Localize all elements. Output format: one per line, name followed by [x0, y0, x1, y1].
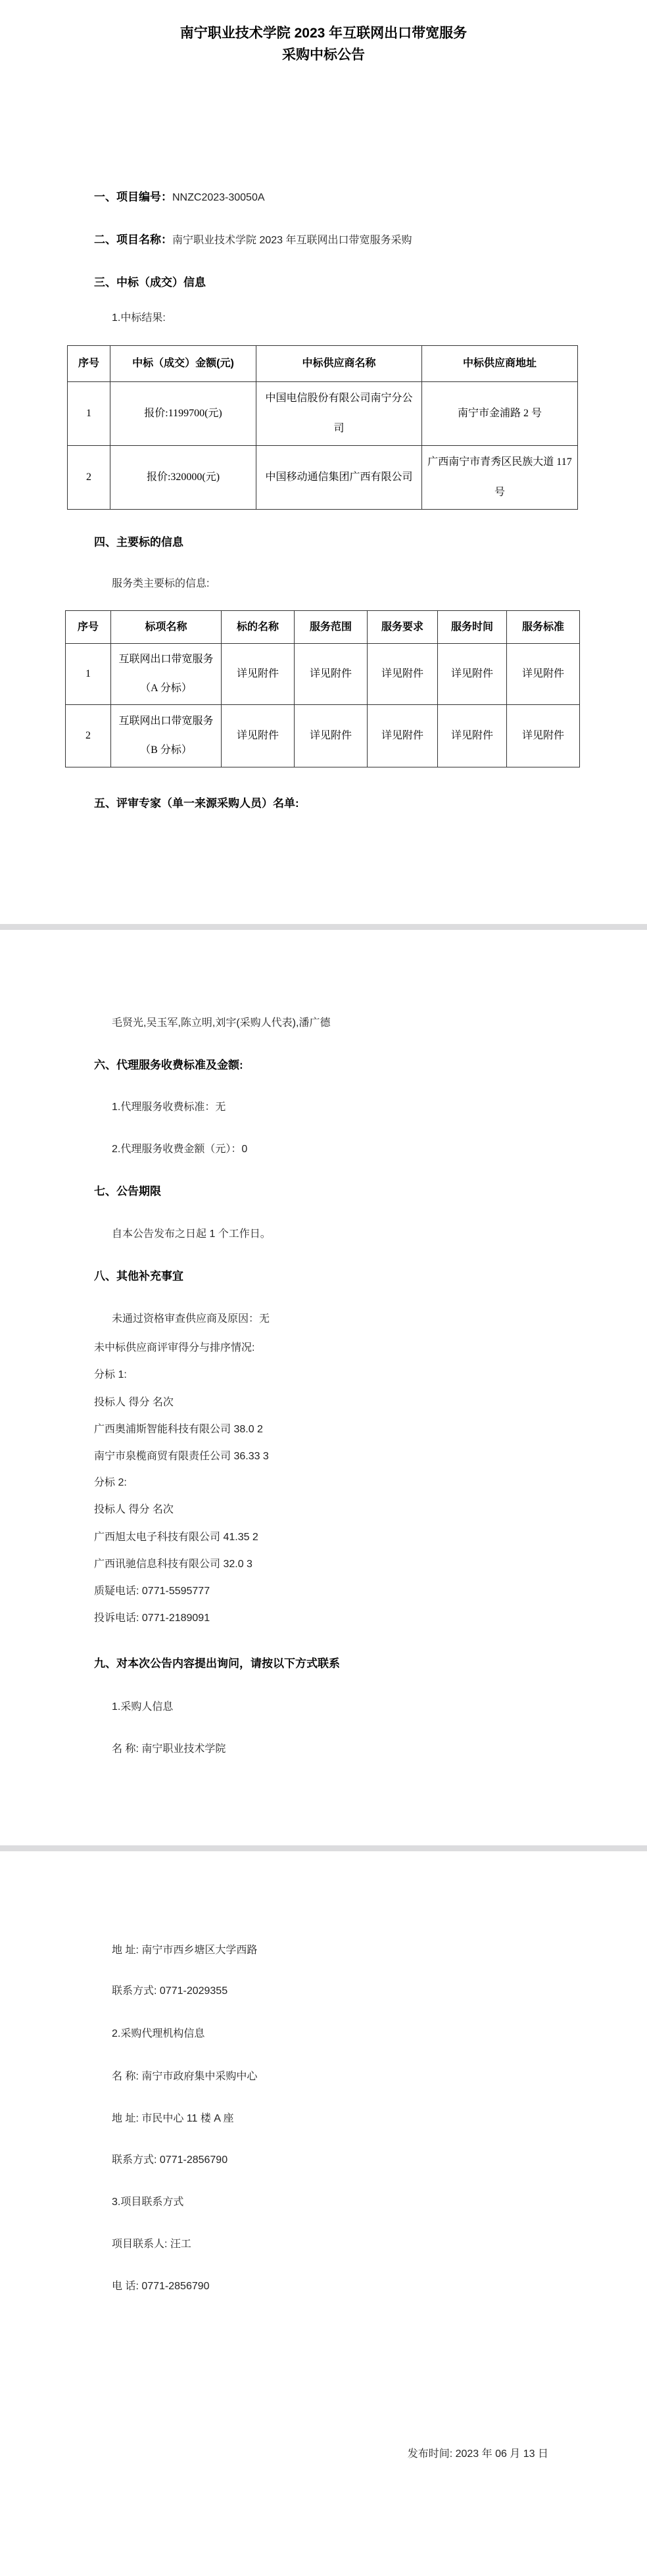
lot2-label: 分标 2: [94, 1476, 127, 1490]
complaint-phone-line: 投诉电话: 0771-2189091 [94, 1611, 210, 1626]
project-number-value: NNZC2023-30050A [172, 192, 265, 203]
section-other-matters: 八、其他补充事宜 [94, 1269, 183, 1284]
lot1-score-header: 投标人 得分 名次 [94, 1396, 174, 1410]
section-project-name: 二、项目名称：南宁职业技术学院 2023 年互联网出口带宽服务采购 [94, 233, 412, 248]
section-project-name-label: 二、项目名称： [94, 233, 172, 246]
unqualified-suppliers-line: 未通过资格审查供应商及原因：无 [112, 1312, 270, 1326]
subject-row2-lot-name: 互联网出口带宽服务（B 分标） [111, 705, 222, 767]
page-separator [0, 1845, 647, 1851]
bid-results-header-amount: 中标（成交）金额(元) [110, 346, 256, 382]
purchaser-name-line: 名 称: 南宁职业技术学院 [112, 1742, 226, 1757]
subject-row1-requirement: 详见附件 [368, 644, 438, 705]
agency-info-intro: 2.采购代理机构信息 [112, 2027, 204, 2041]
bid-row2-seq: 2 [68, 446, 110, 510]
subject-header-seq: 序号 [66, 611, 111, 644]
page-title-line2: 采购中标公告 [0, 44, 647, 66]
purchaser-info-intro: 1.采购人信息 [112, 1700, 173, 1714]
agency-name-line: 名 称: 南宁市政府集中采购中心 [112, 2070, 257, 2084]
page-title-line1: 南宁职业技术学院 2023 年互联网出口带宽服务 [0, 22, 647, 44]
section-project-number: 一、项目编号：NNZC2023-30050A [94, 190, 265, 205]
table-row: 2 互联网出口带宽服务（B 分标） 详见附件 详见附件 详见附件 详见附件 详见… [66, 705, 580, 767]
publish-time: 发布时间: 2023 年 06 月 13 日 [408, 2447, 548, 2462]
announcement-document: 南宁职业技术学院 2023 年互联网出口带宽服务 采购中标公告 一、项目编号：N… [0, 0, 647, 2576]
losing-suppliers-intro: 未中标供应商评审得分与排序情况: [94, 1341, 254, 1355]
bid-row1-amount: 报价:1199700(元) [110, 382, 256, 446]
bid-results-header-seq: 序号 [68, 346, 110, 382]
lot2-score-header: 投标人 得分 名次 [94, 1503, 174, 1517]
lot1-score-row2: 南宁市泉榄商贸有限责任公司 36.33 3 [94, 1449, 269, 1464]
subject-row1-seq: 1 [66, 644, 111, 705]
section-project-number-label: 一、项目编号： [94, 191, 172, 203]
agency-fee-amount: 2.代理服务收费金额（元）：0 [112, 1142, 247, 1157]
bid-row2-address: 广西南宁市青秀区民族大道 117 号 [422, 446, 578, 510]
table-row: 1 互联网出口带宽服务（A 分标） 详见附件 详见附件 详见附件 详见附件 详见… [66, 644, 580, 705]
award-result-subtitle: 1.中标结果: [112, 311, 166, 326]
project-phone-line: 电 话: 0771-2856790 [112, 2279, 210, 2294]
subject-header-lot-name: 标项名称 [111, 611, 222, 644]
section-contact-info: 九、对本次公告内容提出询问，请按以下方式联系 [94, 1657, 340, 1671]
inquiry-phone-line: 质疑电话: 0771-5595777 [94, 1584, 210, 1599]
subject-header-requirement: 服务要求 [368, 611, 438, 644]
section-subject-info: 四、主要标的信息 [94, 535, 183, 550]
page-title: 南宁职业技术学院 2023 年互联网出口带宽服务 采购中标公告 [0, 22, 647, 66]
subject-row1-time: 详见附件 [438, 644, 507, 705]
lot2-score-row1: 广西旭太电子科技有限公司 41.35 2 [94, 1530, 258, 1545]
subject-row2-requirement: 详见附件 [368, 705, 438, 767]
bid-row2-amount: 报价:320000(元) [110, 446, 256, 510]
bid-results-header-supplier: 中标供应商名称 [256, 346, 422, 382]
project-contact-line: 项目联系人: 汪工 [112, 2237, 191, 2252]
subject-info-subtitle: 服务类主要标的信息: [112, 577, 209, 591]
subject-row2-subject-name: 详见附件 [222, 705, 295, 767]
project-contact-intro: 3.项目联系方式 [112, 2195, 183, 2210]
section-award-info: 三、中标（成交）信息 [94, 276, 206, 290]
table-row: 1 报价:1199700(元) 中国电信股份有限公司南宁分公司 南宁市金浦路 2… [68, 382, 578, 446]
subject-header-time: 服务时间 [438, 611, 507, 644]
subject-row1-standard: 详见附件 [507, 644, 580, 705]
subject-header-scope: 服务范围 [295, 611, 368, 644]
agency-fee-standard: 1.代理服务收费标准：无 [112, 1100, 226, 1115]
subject-info-table: 序号 标项名称 标的名称 服务范围 服务要求 服务时间 服务标准 1 互联网出口… [65, 610, 580, 767]
lot1-score-row1: 广西奥浦斯智能科技有限公司 38.0 2 [94, 1422, 263, 1437]
bid-results-table: 序号 中标（成交）金额(元) 中标供应商名称 中标供应商地址 1 报价:1199… [67, 345, 578, 510]
subject-row1-subject-name: 详见附件 [222, 644, 295, 705]
table-row: 2 报价:320000(元) 中国移动通信集团广西有限公司 广西南宁市青秀区民族… [68, 446, 578, 510]
announcement-period-text: 自本公告发布之日起 1 个工作日。 [112, 1227, 271, 1242]
bid-row1-supplier: 中国电信股份有限公司南宁分公司 [256, 382, 422, 446]
page-separator [0, 924, 647, 930]
bid-row1-address: 南宁市金浦路 2 号 [422, 382, 578, 446]
subject-info-header-row: 序号 标项名称 标的名称 服务范围 服务要求 服务时间 服务标准 [66, 611, 580, 644]
subject-row1-scope: 详见附件 [295, 644, 368, 705]
subject-header-standard: 服务标准 [507, 611, 580, 644]
lot2-score-row2: 广西讯驰信息科技有限公司 32.0 3 [94, 1557, 252, 1572]
section-agency-fee: 六、代理服务收费标准及金额: [94, 1058, 243, 1073]
bid-row1-seq: 1 [68, 382, 110, 446]
agency-address-line: 地 址: 市民中心 11 楼 A 座 [112, 2112, 234, 2126]
subject-row1-lot-name: 互联网出口带宽服务（A 分标） [111, 644, 222, 705]
lot1-label: 分标 1: [94, 1368, 127, 1382]
subject-header-subject-name: 标的名称 [222, 611, 295, 644]
bid-results-header-row: 序号 中标（成交）金额(元) 中标供应商名称 中标供应商地址 [68, 346, 578, 382]
section-announcement-period: 七、公告期限 [94, 1184, 161, 1199]
subject-row2-time: 详见附件 [438, 705, 507, 767]
purchaser-address-line: 地 址: 南宁市西乡塘区大学西路 [112, 1943, 257, 1958]
subject-row2-seq: 2 [66, 705, 111, 767]
section-experts: 五、评审专家（单一来源采购人员）名单: [94, 796, 299, 811]
bid-row2-supplier: 中国移动通信集团广西有限公司 [256, 446, 422, 510]
purchaser-phone-line: 联系方式: 0771-2029355 [112, 1984, 228, 1999]
agency-phone-line: 联系方式: 0771-2856790 [112, 2153, 228, 2168]
project-name-value: 南宁职业技术学院 2023 年互联网出口带宽服务采购 [172, 235, 412, 246]
bid-results-header-address: 中标供应商地址 [422, 346, 578, 382]
subject-row2-standard: 详见附件 [507, 705, 580, 767]
subject-row2-scope: 详见附件 [295, 705, 368, 767]
experts-list: 毛贤光,吴玉军,陈立明,刘宇(采购人代表),潘广德 [112, 1016, 330, 1031]
